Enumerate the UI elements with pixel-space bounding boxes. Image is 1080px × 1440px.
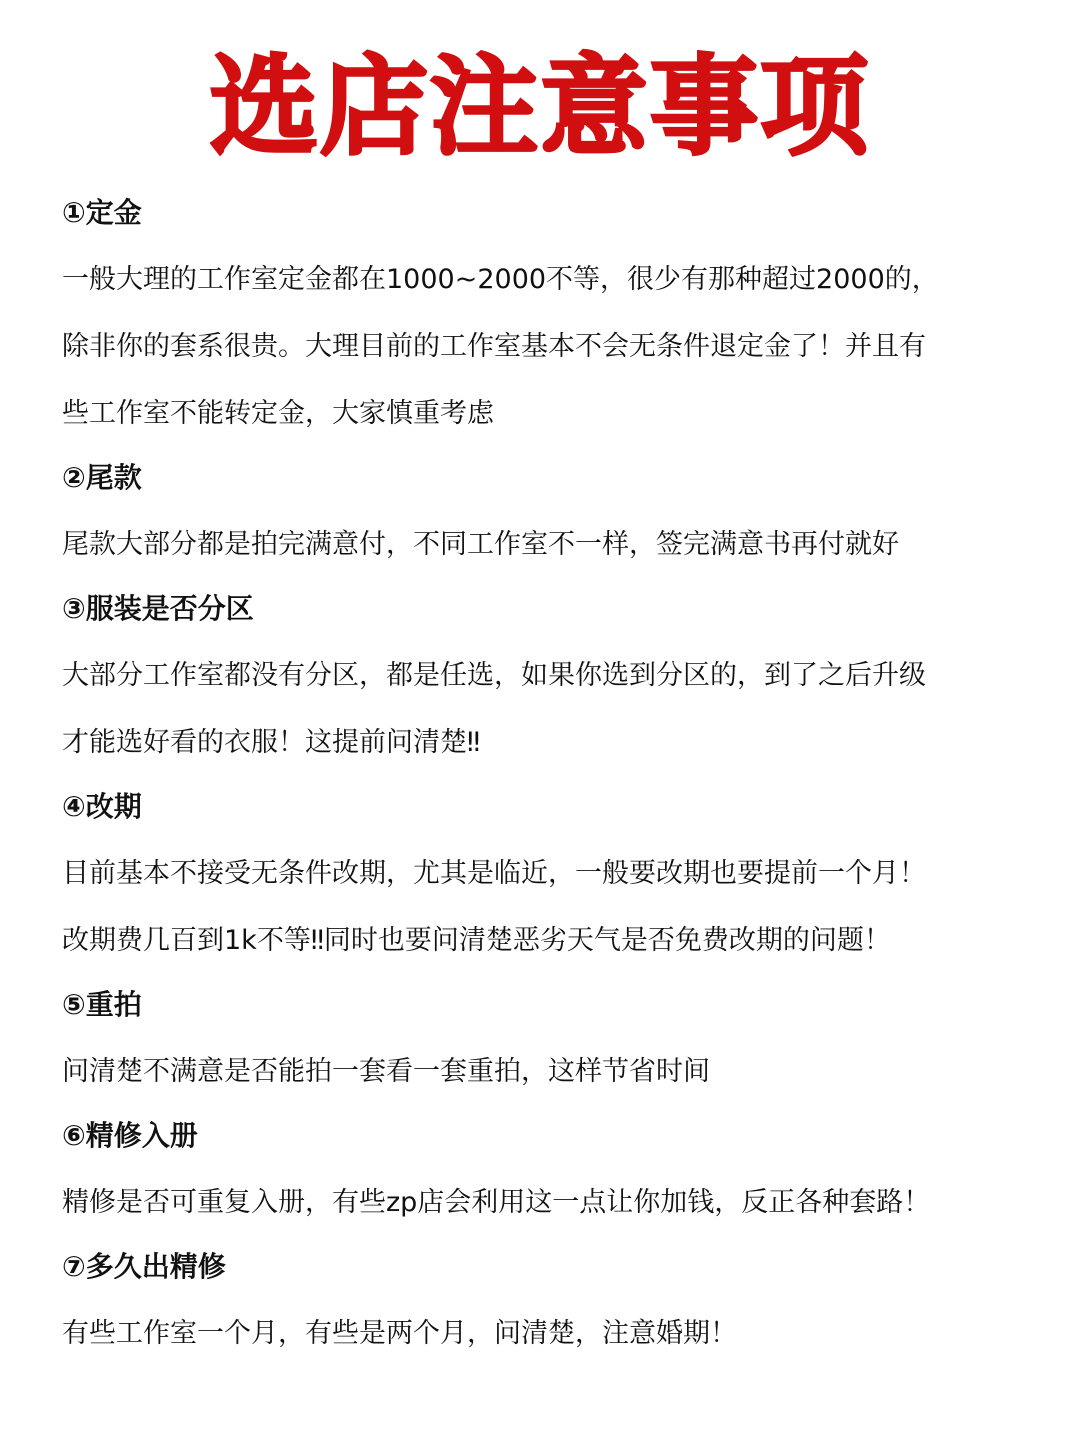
body-line: 尾款大部分都是拍完满意付，不同工作室不一样，签完满意书再付就好 [62, 511, 1042, 578]
page-title: 选店注意事项 [0, 48, 1080, 168]
section-heading: ④改期 [62, 782, 1042, 832]
body-line: 除非你的套系很贵。大理目前的工作室基本不会无条件退定金了！并且有 [62, 313, 1042, 380]
section-body: 问清楚不满意是否能拍一套看一套重拍，这样节省时间 [62, 1038, 1042, 1105]
section-deposit: ①定金 一般大理的工作室定金都在1000~2000不等，很少有那种超过2000的… [62, 188, 1042, 447]
body-line: 些工作室不能转定金，大家慎重考虑 [62, 380, 1042, 447]
section-retouch-time: ⑦多久出精修 有些工作室一个月，有些是两个月，问清楚，注意婚期！ [62, 1242, 1042, 1367]
body-line: 才能选好看的衣服！这提前问清楚‼ [62, 709, 1042, 776]
section-heading: ①定金 [62, 188, 1042, 238]
body-line: 精修是否可重复入册，有些zp店会利用这一点让你加钱，反正各种套路！ [62, 1169, 1042, 1236]
body-line: 问清楚不满意是否能拍一套看一套重拍，这样节省时间 [62, 1038, 1042, 1105]
section-body: 目前基本不接受无条件改期，尤其是临近，一般要改期也要提前一个月！ 改期费几百到1… [62, 840, 1042, 974]
section-reshoot: ⑤重拍 问清楚不满意是否能拍一套看一套重拍，这样节省时间 [62, 980, 1042, 1105]
section-heading: ②尾款 [62, 453, 1042, 503]
section-body: 大部分工作室都没有分区，都是任选，如果你选到分区的，到了之后升级 才能选好看的衣… [62, 642, 1042, 776]
section-retouch-album: ⑥精修入册 精修是否可重复入册，有些zp店会利用这一点让你加钱，反正各种套路！ [62, 1111, 1042, 1236]
section-heading: ⑦多久出精修 [62, 1242, 1042, 1292]
section-body: 一般大理的工作室定金都在1000~2000不等，很少有那种超过2000的， 除非… [62, 246, 1042, 447]
section-heading: ⑥精修入册 [62, 1111, 1042, 1161]
section-body: 尾款大部分都是拍完满意付，不同工作室不一样，签完满意书再付就好 [62, 511, 1042, 578]
body-line: 改期费几百到1k不等‼同时也要问清楚恶劣天气是否免费改期的问题！ [62, 907, 1042, 974]
body-line: 目前基本不接受无条件改期，尤其是临近，一般要改期也要提前一个月！ [62, 840, 1042, 907]
body-line: 有些工作室一个月，有些是两个月，问清楚，注意婚期！ [62, 1300, 1042, 1367]
section-heading: ⑤重拍 [62, 980, 1042, 1030]
section-costume-zones: ③服装是否分区 大部分工作室都没有分区，都是任选，如果你选到分区的，到了之后升级… [62, 584, 1042, 776]
section-body: 精修是否可重复入册，有些zp店会利用这一点让你加钱，反正各种套路！ [62, 1169, 1042, 1236]
section-heading: ③服装是否分区 [62, 584, 1042, 634]
section-reschedule: ④改期 目前基本不接受无条件改期，尤其是临近，一般要改期也要提前一个月！ 改期费… [62, 782, 1042, 974]
body-line: 一般大理的工作室定金都在1000~2000不等，很少有那种超过2000的， [62, 246, 1042, 313]
body-line: 大部分工作室都没有分区，都是任选，如果你选到分区的，到了之后升级 [62, 642, 1042, 709]
notes-content: ①定金 一般大理的工作室定金都在1000~2000不等，很少有那种超过2000的… [62, 188, 1042, 1373]
section-final-payment: ②尾款 尾款大部分都是拍完满意付，不同工作室不一样，签完满意书再付就好 [62, 453, 1042, 578]
section-body: 有些工作室一个月，有些是两个月，问清楚，注意婚期！ [62, 1300, 1042, 1367]
